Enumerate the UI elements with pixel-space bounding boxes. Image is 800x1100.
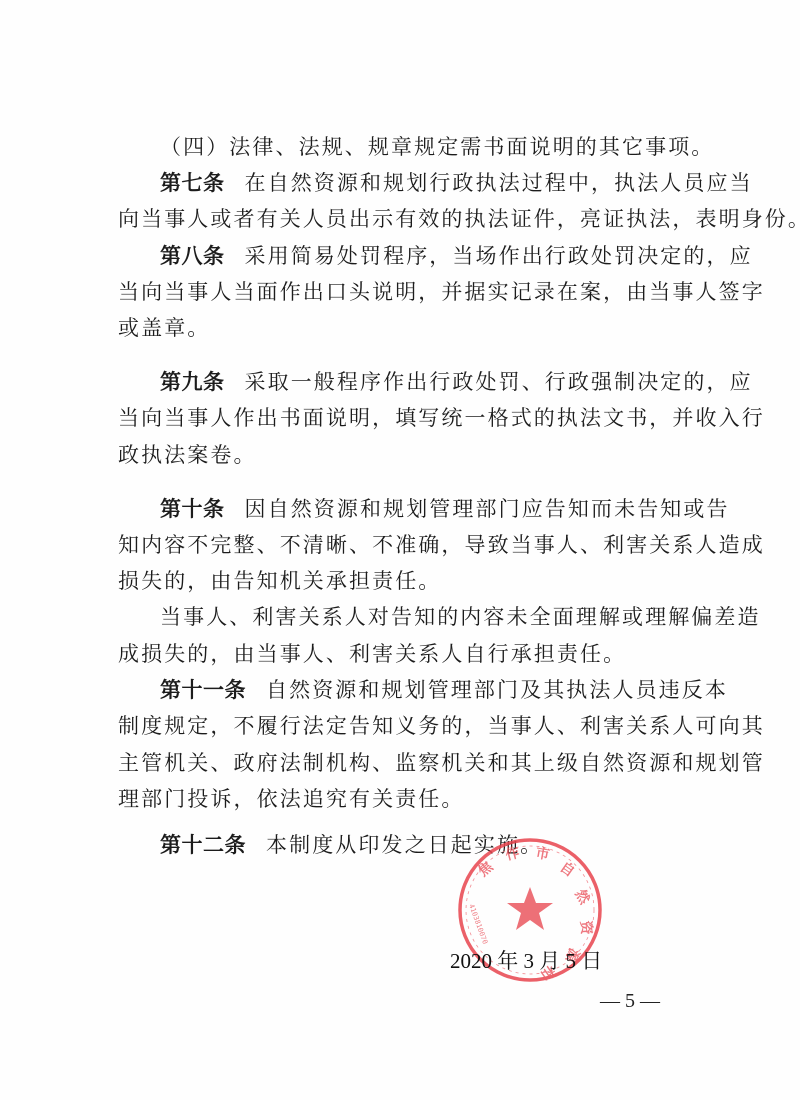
text-line: 理部门投诉，依法追究有关责任。 (118, 781, 678, 817)
line-text: 向当事人或者有关人员出示有效的执法证件，亮证执法，表明身份。 (118, 207, 800, 231)
article-8: 第八条采用简易处罚程序，当场作出行政处罚决定的，应 (160, 238, 678, 274)
line-text: 政执法案卷。 (118, 443, 257, 467)
svg-text:资: 资 (577, 920, 595, 936)
line-text: 因自然资源和规划管理部门应告知而未告知或告 (245, 497, 730, 521)
svg-text:4103810070: 4103810070 (467, 903, 489, 945)
line-text: 采取一般程序作出行政处罚、行政强制决定的，应 (245, 370, 753, 394)
line-text: 主管机关、政府法制机构、监察机关和其上级自然资源和规划管 (118, 751, 765, 775)
line-text: 理部门投诉，依法追究有关责任。 (118, 787, 465, 811)
line-text: 当向当事人作出书面说明，填写统一格式的执法文书，并收入行 (118, 406, 765, 430)
article-heading: 第十一条 (160, 678, 246, 702)
article-heading: 第十二条 (160, 833, 246, 857)
line-text: 知内容不完整、不清晰、不准确，导致当事人、利害关系人造成 (118, 533, 765, 557)
text-line: 向当事人或者有关人员出示有效的执法证件，亮证执法，表明身份。 (118, 201, 678, 237)
text-line: 当向当事人作出书面说明，填写统一格式的执法文书，并收入行 (118, 400, 678, 436)
line-text: （四）法律、法规、规章规定需书面说明的其它事项。 (160, 135, 714, 159)
line-text: 在自然资源和规划行政执法过程中，执法人员应当 (245, 171, 753, 195)
text-line: 成损失的，由当事人、利害关系人自行承担责任。 (118, 636, 678, 672)
text-line: 政执法案卷。 (118, 437, 678, 473)
line-text: 或盖章。 (118, 316, 210, 340)
text-line: 知内容不完整、不清晰、不准确，导致当事人、利害关系人造成 (118, 527, 678, 563)
article-heading: 第十条 (160, 497, 225, 521)
text-line: 制度规定，不履行法定告知义务的，当事人、利害关系人可向其 (118, 708, 678, 744)
article-9: 第九条采取一般程序作出行政处罚、行政强制决定的，应 (160, 364, 678, 400)
line-text: 成损失的，由当事人、利害关系人自行承担责任。 (118, 642, 626, 666)
line-text: 制度规定，不履行法定告知义务的，当事人、利害关系人可向其 (118, 714, 765, 738)
line-text: 采用简易处罚程序，当场作出行政处罚决定的，应 (245, 244, 753, 268)
svg-text:市: 市 (534, 844, 551, 863)
line-text: 损失的，由告知机关承担责任。 (118, 569, 441, 593)
line-text: 当事人、利害关系人对告知的内容未全面理解或理解偏差造 (160, 605, 761, 629)
article-heading: 第九条 (160, 370, 225, 394)
document-page: （四）法律、法规、规章规定需书面说明的其它事项。 第七条在自然资源和规划行政执法… (0, 0, 800, 1100)
text-line: 或盖章。 (118, 310, 678, 346)
article-10: 第十条因自然资源和规划管理部门应告知而未告知或告 (160, 491, 678, 527)
article-heading: 第八条 (160, 244, 225, 268)
text-line: 主管机关、政府法制机构、监察机关和其上级自然资源和规划管 (118, 745, 678, 781)
line-text: 当向当事人当面作出口头说明，并据实记录在案，由当事人签字 (118, 280, 765, 304)
text-line: （四）法律、法规、规章规定需书面说明的其它事项。 (160, 129, 678, 165)
line-text: 自然资源和规划管理部门及其执法人员违反本 (266, 678, 728, 702)
article-11: 第十一条自然资源和规划管理部门及其执法人员违反本 (160, 672, 678, 708)
article-heading: 第七条 (160, 171, 225, 195)
svg-text:自: 自 (557, 858, 578, 880)
text-line: 当事人、利害关系人对告知的内容未全面理解或理解偏差造 (160, 599, 678, 635)
text-line: 当向当事人当面作出口头说明，并据实记录在案，由当事人签字 (118, 274, 678, 310)
article-7: 第七条在自然资源和规划行政执法过程中，执法人员应当 (160, 165, 678, 201)
text-line: 损失的，由告知机关承担责任。 (118, 563, 678, 599)
page-number: — 5 — (600, 986, 660, 1016)
issue-date: 2020 年 3 月 5 日 (450, 946, 602, 976)
